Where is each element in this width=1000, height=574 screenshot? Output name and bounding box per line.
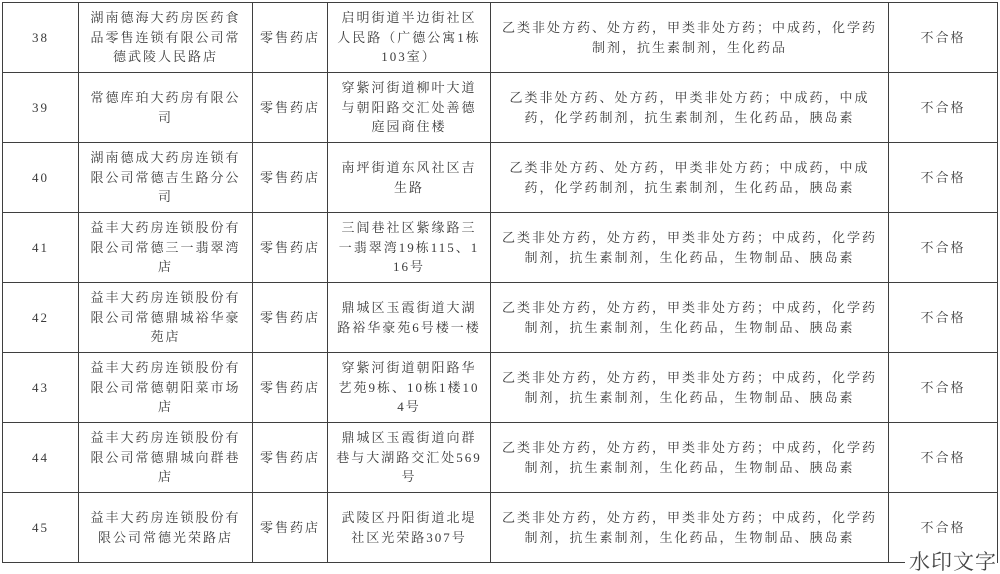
business-type-cell: 零售药店 [253, 283, 328, 353]
business-type-cell: 零售药店 [253, 3, 328, 73]
row-number-cell: 39 [3, 73, 79, 143]
drug-scope-cell: 乙类非处方药、处方药，甲类非处方药；中成药，化学药制剂，抗生素制剂，生化药品 [491, 3, 889, 73]
company-name-cell: 益丰大药房连锁股份有限公司常德朝阳菜市场店 [79, 353, 253, 423]
address-cell: 启明街道半边街社区人民路（广德公寓1栋103室） [328, 3, 491, 73]
result-cell: 不合格 [889, 423, 998, 493]
inspection-results-table: 38 湖南德海大药房医药食品零售连锁有限公司常德武陵人民路店 零售药店 启明街道… [2, 2, 998, 563]
address-cell: 鼎城区玉霞街道向群巷与大湖路交汇处569号 [328, 423, 491, 493]
company-name-cell: 益丰大药房连锁股份有限公司常德鼎城向群巷店 [79, 423, 253, 493]
address-cell: 三闾巷社区紫缘路三一翡翠湾19栋115、116号 [328, 213, 491, 283]
drug-scope-cell: 乙类非处方药，处方药，甲类非处方药；中成药，化学药制剂，抗生素制剂，生化药品，生… [491, 213, 889, 283]
result-cell: 不合格 [889, 213, 998, 283]
company-name-cell: 益丰大药房连锁股份有限公司常德三一翡翠湾店 [79, 213, 253, 283]
row-number-cell: 40 [3, 143, 79, 213]
table-row: 38 湖南德海大药房医药食品零售连锁有限公司常德武陵人民路店 零售药店 启明街道… [3, 3, 998, 73]
business-type-cell: 零售药店 [253, 353, 328, 423]
result-cell: 不合格 [889, 283, 998, 353]
drug-scope-cell: 乙类非处方药、处方药，甲类非处方药；中成药，中成药，化学药制剂，抗生素制剂，生化… [491, 73, 889, 143]
address-cell: 武陵区丹阳街道北堤社区光荣路307号 [328, 493, 491, 563]
address-cell: 穿紫河街道柳叶大道与朝阳路交汇处善德庭园商住楼 [328, 73, 491, 143]
row-number-cell: 43 [3, 353, 79, 423]
address-cell: 南坪街道东风社区吉生路 [328, 143, 491, 213]
row-number-cell: 44 [3, 423, 79, 493]
drug-scope-cell: 乙类非处方药，处方药，甲类非处方药；中成药，化学药制剂，抗生素制剂，生化药品，生… [491, 493, 889, 563]
company-name-cell: 益丰大药房连锁股份有限公司常德鼎城裕华豪苑店 [79, 283, 253, 353]
watermark-text: 水印文字 [905, 551, 997, 574]
company-name-cell: 湖南德成大药房连锁有限公司常德吉生路分公司 [79, 143, 253, 213]
table-row: 45 益丰大药房连锁股份有限公司常德光荣路店 零售药店 武陵区丹阳街道北堤社区光… [3, 493, 998, 563]
table-row: 44 益丰大药房连锁股份有限公司常德鼎城向群巷店 零售药店 鼎城区玉霞街道向群巷… [3, 423, 998, 493]
table-row: 41 益丰大药房连锁股份有限公司常德三一翡翠湾店 零售药店 三闾巷社区紫缘路三一… [3, 213, 998, 283]
drug-scope-cell: 乙类非处方药，处方药，甲类非处方药；中成药，化学药制剂，抗生素制剂，生化药品，生… [491, 423, 889, 493]
table-body: 38 湖南德海大药房医药食品零售连锁有限公司常德武陵人民路店 零售药店 启明街道… [3, 3, 998, 563]
business-type-cell: 零售药店 [253, 493, 328, 563]
company-name-cell: 益丰大药房连锁股份有限公司常德光荣路店 [79, 493, 253, 563]
table-row: 42 益丰大药房连锁股份有限公司常德鼎城裕华豪苑店 零售药店 鼎城区玉霞街道大湖… [3, 283, 998, 353]
row-number-cell: 38 [3, 3, 79, 73]
address-cell: 鼎城区玉霞街道大湖路裕华豪苑6号楼一楼 [328, 283, 491, 353]
result-cell: 不合格 [889, 3, 998, 73]
company-name-cell: 常德库珀大药房有限公司 [79, 73, 253, 143]
result-cell: 不合格 [889, 353, 998, 423]
table-row: 43 益丰大药房连锁股份有限公司常德朝阳菜市场店 零售药店 穿紫河街道朝阳路华艺… [3, 353, 998, 423]
business-type-cell: 零售药店 [253, 423, 328, 493]
table-row: 39 常德库珀大药房有限公司 零售药店 穿紫河街道柳叶大道与朝阳路交汇处善德庭园… [3, 73, 998, 143]
table-row: 40 湖南德成大药房连锁有限公司常德吉生路分公司 零售药店 南坪街道东风社区吉生… [3, 143, 998, 213]
result-cell: 不合格 [889, 73, 998, 143]
business-type-cell: 零售药店 [253, 73, 328, 143]
result-cell: 不合格 [889, 143, 998, 213]
business-type-cell: 零售药店 [253, 143, 328, 213]
row-number-cell: 42 [3, 283, 79, 353]
drug-scope-cell: 乙类非处方药，处方药，甲类非处方药；中成药，化学药制剂，抗生素制剂，生化药品，生… [491, 353, 889, 423]
drug-scope-cell: 乙类非处方药、处方药，甲类非处方药；中成药，中成药，化学药制剂，抗生素制剂，生化… [491, 143, 889, 213]
drug-scope-cell: 乙类非处方药，处方药，甲类非处方药；中成药，化学药制剂，抗生素制剂，生化药品，生… [491, 283, 889, 353]
address-cell: 穿紫河街道朝阳路华艺苑9栋、10栋1楼104号 [328, 353, 491, 423]
company-name-cell: 湖南德海大药房医药食品零售连锁有限公司常德武陵人民路店 [79, 3, 253, 73]
row-number-cell: 41 [3, 213, 79, 283]
inspection-results-sheet: 38 湖南德海大药房医药食品零售连锁有限公司常德武陵人民路店 零售药店 启明街道… [2, 2, 998, 563]
row-number-cell: 45 [3, 493, 79, 563]
business-type-cell: 零售药店 [253, 213, 328, 283]
